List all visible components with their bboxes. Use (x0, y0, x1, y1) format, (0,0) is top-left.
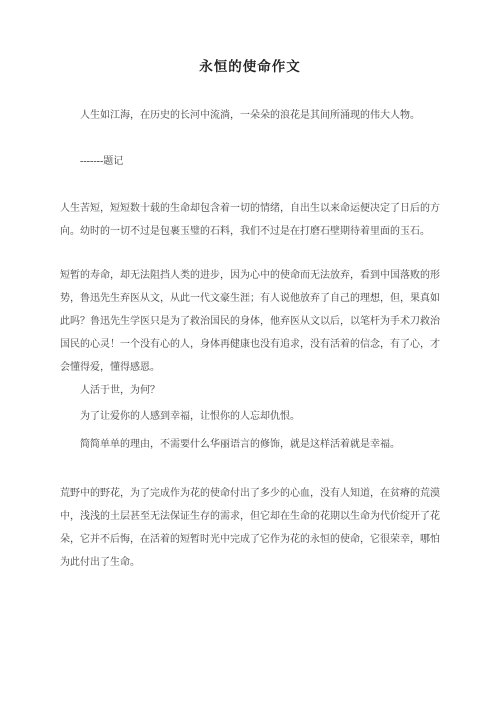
essay-paragraph-wild-flower: 荒野中的野花，为了完成作为花的使命付出了多少的心血，没有人知道，在贫瘠的荒漠中，… (60, 482, 440, 574)
essay-paragraph-why-live: 人活于世，为何？ (60, 379, 440, 402)
essay-epigraph: -------题记 (60, 150, 440, 173)
essay-paragraph-intro: 人生如江海，在历史的长河中流淌，一朵朵的浪花是其间所涌现的伟大人物。 (60, 104, 440, 127)
document-page: 永恒的使命作文 人生如江海，在历史的长河中流淌，一朵朵的浪花是其间所涌现的伟大人… (0, 0, 500, 707)
essay-title: 永恒的使命作文 (60, 56, 440, 78)
essay-paragraph-simple-reason: 简简单单的理由，不需要什么华丽语言的修饰，就是这样活着就是幸福。 (60, 433, 440, 456)
essay-paragraph-life-is-short: 人生苦短，短短数十载的生命却包含着一切的情绪，自出生以来命运便决定了日后的方向。… (60, 197, 440, 243)
essay-paragraph-luxun-mission: 短暂的寿命，却无法阻挡人类的进步，因为心中的使命而无法放弃，看到中国落败的形势，… (60, 264, 440, 379)
essay-paragraph-love: 为了让爱你的人感到幸福，让恨你的人忘却仇恨。 (60, 405, 440, 428)
